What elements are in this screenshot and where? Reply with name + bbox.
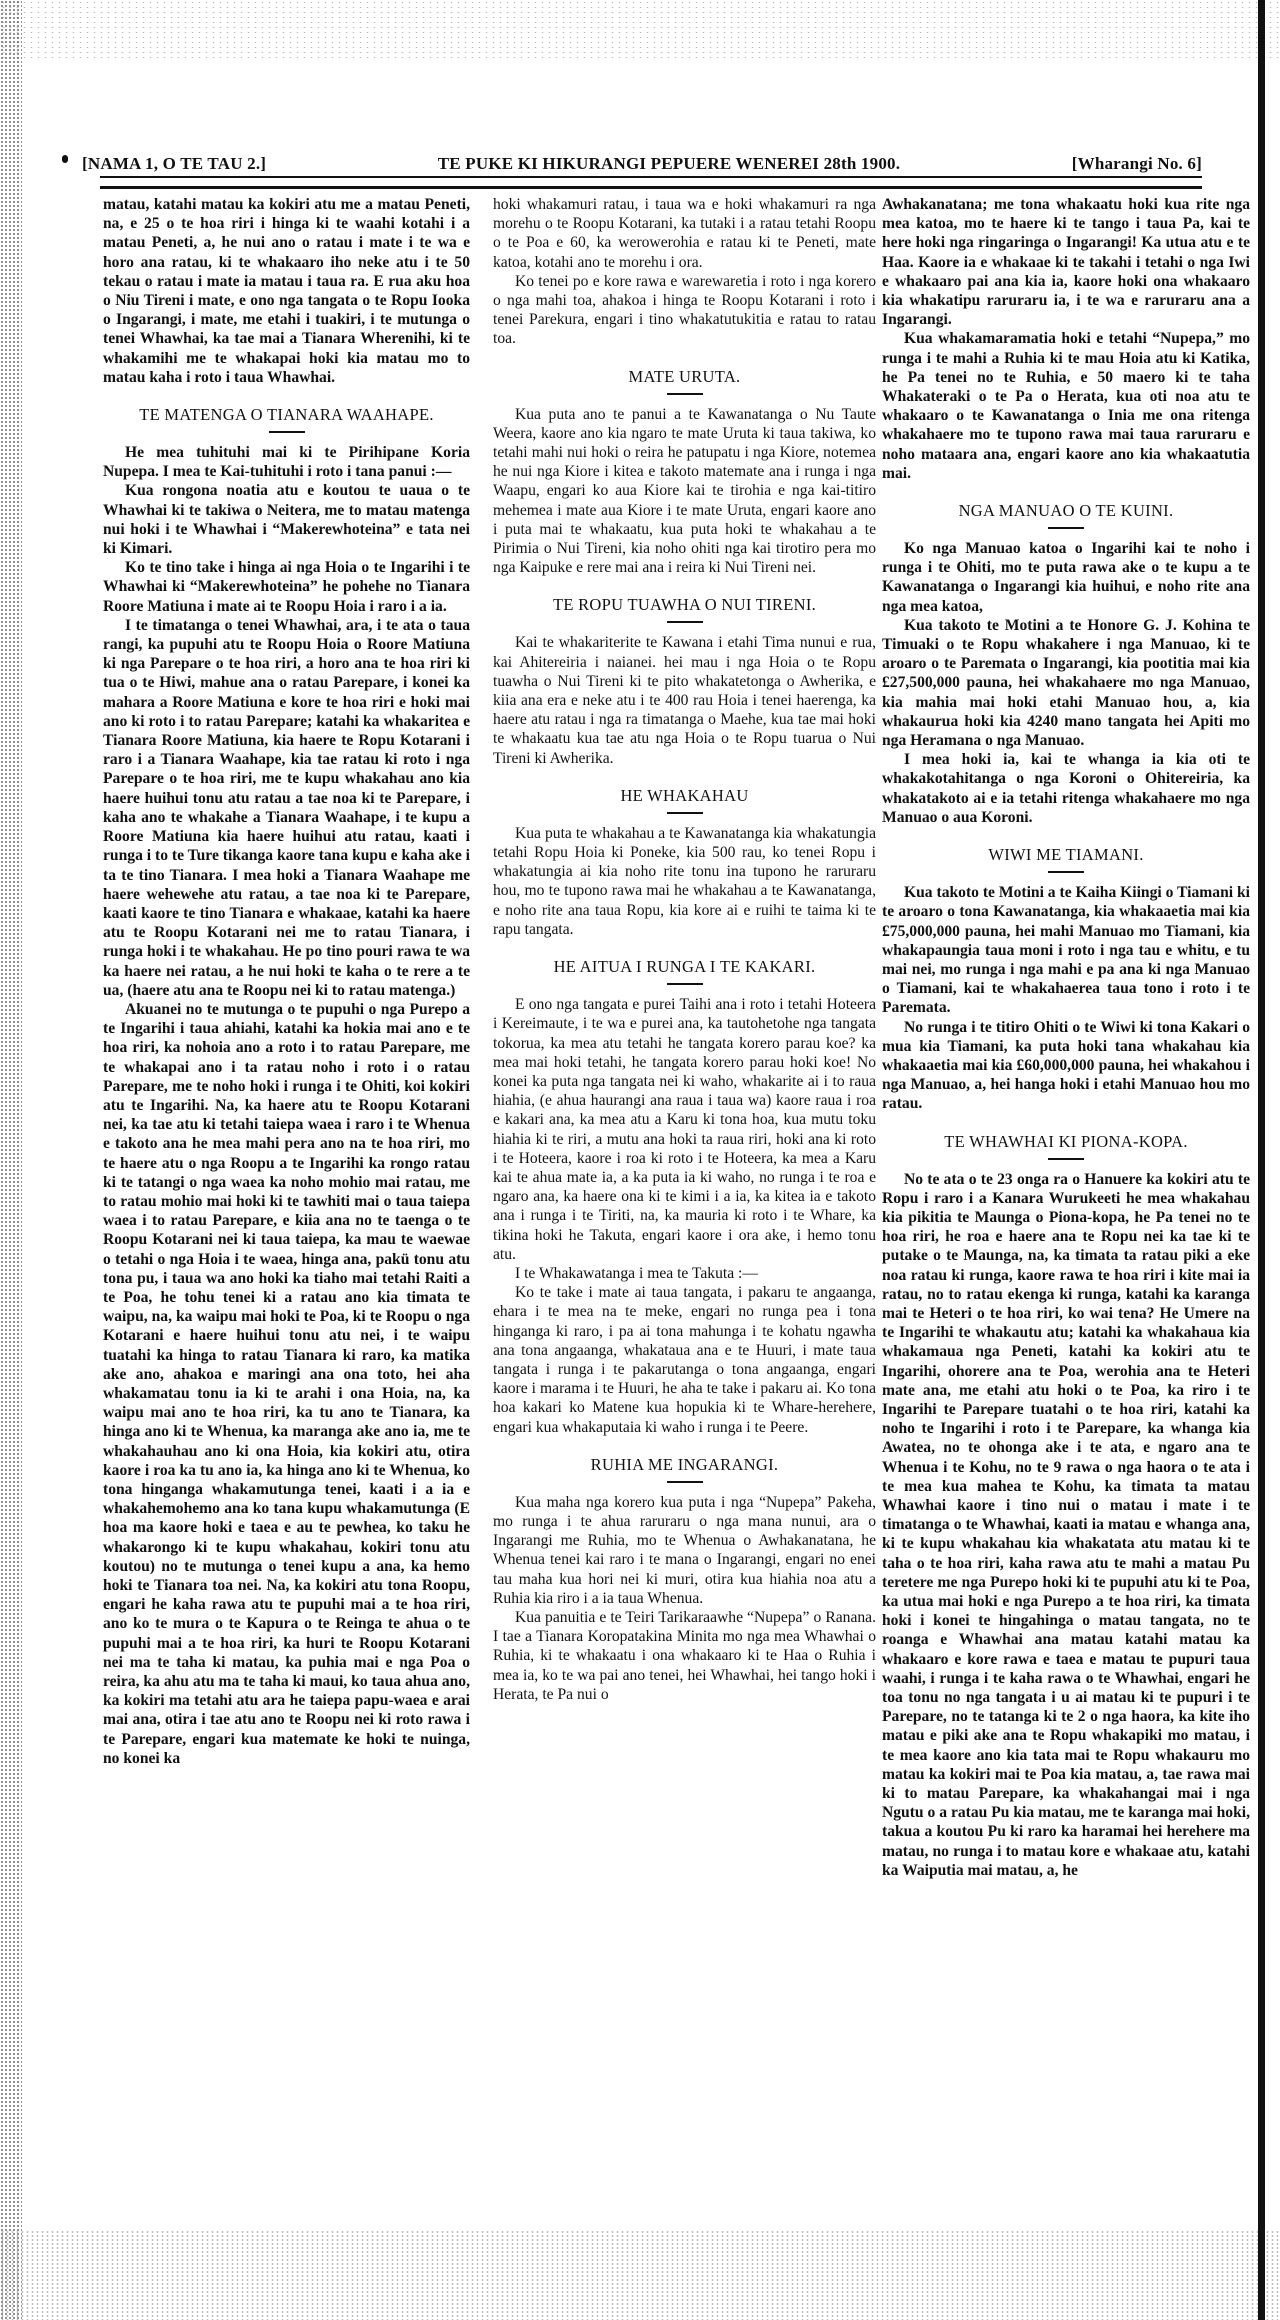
article-paragraph: I te timatanga o tenei Whawhai, ara, i t…	[103, 616, 470, 1000]
heading-divider	[667, 812, 703, 814]
article-paragraph: Kua maha nga korero kua puta i nga “Nupe…	[493, 1493, 876, 1608]
heading-divider	[667, 393, 703, 395]
article-paragraph: Kua puta ano te panui a te Kawanatanga o…	[493, 405, 876, 578]
article-paragraph: Kua whakamaramatia hoki e tetahi “Nupepa…	[882, 329, 1250, 483]
issue-number: [NAMA 1, O TE TAU 2.]	[82, 154, 266, 174]
newspaper-title-date: TE PUKE KI HIKURANGI PEPUERE WENEREI 28t…	[266, 154, 1072, 174]
article-heading: HE AITUA I RUNGA I TE KAKARI.	[493, 957, 876, 977]
column-2: hoki whakamuri ratau, i taua wa e hoki w…	[493, 195, 876, 1704]
scan-noise-top	[0, 0, 1280, 60]
article-paragraph: Akuanei no te mutunga o te pupuhi o nga …	[103, 1000, 470, 1768]
article-paragraph: Kua takoto te Motini a te Kaiha Kiingi o…	[882, 883, 1250, 1017]
article-paragraph: Kua takoto te Motini a te Honore G. J. K…	[882, 616, 1250, 750]
article-heading: TE ROPU TUAWHA O NUI TIRENI.	[493, 595, 876, 615]
bullet-mark	[62, 155, 68, 163]
article-paragraph: No runga i te titiro Ohiti o te Wiwi ki …	[882, 1018, 1250, 1114]
article-paragraph: hoki whakamuri ratau, i taua wa e hoki w…	[493, 195, 876, 272]
masthead-rule-top	[100, 176, 1202, 178]
article-paragraph: Ko nga Manuao katoa o Ingarihi kai te no…	[882, 539, 1250, 616]
masthead: [NAMA 1, O TE TAU 2.] TE PUKE KI HIKURAN…	[62, 144, 1202, 174]
article-paragraph: Ko te take i mate ai taua tangata, i pak…	[493, 1283, 876, 1437]
article-paragraph: Kua puta te whakahau a te Kawanatanga ki…	[493, 824, 876, 939]
article-heading: TE MATENGA O TIANARA WAAHAPE.	[103, 405, 470, 425]
article-paragraph: matau, katahi matau ka kokiri atu me a m…	[103, 195, 470, 387]
heading-divider	[667, 1481, 703, 1483]
page-number: [Wharangi No. 6]	[1072, 154, 1202, 174]
page-edge-bar	[1258, 0, 1265, 2320]
article-heading: NGA MANUAO O TE KUINI.	[882, 501, 1250, 521]
column-3: Awhakanatana; me tona whakaatu hoki kua …	[882, 195, 1250, 1880]
article-paragraph: No te ata o te 23 onga ra o Hanuere ka k…	[882, 1170, 1250, 1881]
article-paragraph: He mea tuhituhi mai ki te Pirihipane Kor…	[103, 443, 470, 481]
heading-divider	[667, 983, 703, 985]
article-heading: HE WHAKAHAU	[493, 786, 876, 806]
heading-divider	[1048, 1158, 1084, 1160]
article-heading: RUHIA ME INGARANGI.	[493, 1455, 876, 1475]
scan-noise-bottom	[0, 2230, 1280, 2320]
column-1: matau, katahi matau ka kokiri atu me a m…	[103, 195, 470, 1768]
article-paragraph: Ko tenei po e kore rawa e warewaretia i …	[493, 272, 876, 349]
article-paragraph: Ko te tino take i hinga ai nga Hoia o te…	[103, 558, 470, 616]
article-paragraph: E ono nga tangata e purei Taihi ana i ro…	[493, 995, 876, 1264]
article-paragraph: Kua panuitia e te Teiri Tarikaraawhe “Nu…	[493, 1608, 876, 1704]
article-paragraph: I te Whakawatanga i mea te Takuta :—	[493, 1264, 876, 1283]
heading-divider	[1048, 527, 1084, 529]
article-heading: MATE URUTA.	[493, 367, 876, 387]
article-paragraph: Kua rongona noatia atu e koutou te uaua …	[103, 481, 470, 558]
heading-divider	[667, 621, 703, 623]
heading-divider	[1048, 871, 1084, 873]
article-heading: WIWI ME TIAMANI.	[882, 845, 1250, 865]
masthead-rule-bottom	[100, 186, 1202, 189]
scan-noise-left-edge	[0, 0, 22, 2320]
article-paragraph: I mea hoki ia, kai te whanga ia kia oti …	[882, 750, 1250, 827]
article-heading: TE WHAWHAI KI PIONA-KOPA.	[882, 1132, 1250, 1152]
article-paragraph: Kai te whakariterite te Kawana i etahi T…	[493, 633, 876, 767]
article-paragraph: Awhakanatana; me tona whakaatu hoki kua …	[882, 195, 1250, 329]
heading-divider	[269, 431, 305, 433]
